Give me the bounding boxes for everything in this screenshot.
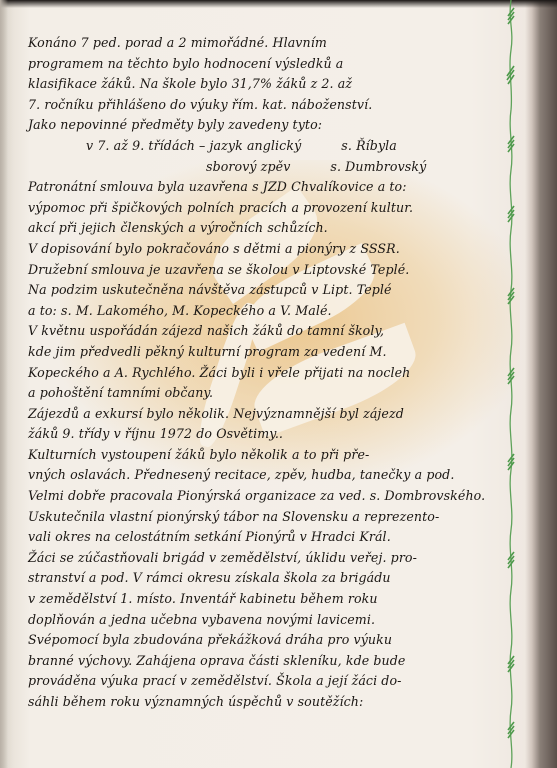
text-line: branné výchovy. Zahájena oprava části sk… <box>28 651 498 672</box>
text-line: v 7. až 9. třídách – jazyk anglickýs. Ří… <box>28 136 498 157</box>
teacher-choir: s. Dumbrovský <box>330 157 426 178</box>
text-line: Družební smlouva je uzavřena se školou v… <box>28 260 498 281</box>
text-line: vali okres na celostátním setkání Pionýr… <box>28 527 498 548</box>
text-line: Kopeckého a A. Rychlého. Žáci byli i vře… <box>28 363 498 384</box>
text-line: Konáno 7 ped. porad a 2 mimořádné. Hlavn… <box>28 33 498 54</box>
text-line: programem na těchto bylo hodnocení výsle… <box>28 54 498 75</box>
text-line: a to: s. M. Lakomého, M. Kopeckého a V. … <box>28 301 498 322</box>
text-line: doplňován a jedna učebna vybavena novými… <box>28 610 498 631</box>
text-line: vných oslavách. Přednesený recitace, zpě… <box>28 465 498 486</box>
text-line: Velmi dobře pracovala Pionýrská organiza… <box>28 486 498 507</box>
text-line: akcí při jejich členských a výročních sc… <box>28 218 498 239</box>
margin-decoration-icon <box>505 0 517 768</box>
text-line: sborový zpěvs. Dumbrovský <box>28 157 498 178</box>
subject-choir: sborový zpěv <box>206 159 290 174</box>
page-left-edge <box>0 0 8 768</box>
page-top-shadow <box>0 0 557 8</box>
text-line: Jako nepovinné předměty byly zavedeny ty… <box>28 115 498 136</box>
text-line: klasifikace žáků. Na škole bylo 31,7% žá… <box>28 74 498 95</box>
text-line: Žáci se zúčastňovali brigád v zemědělstv… <box>28 548 498 569</box>
text-line: a pohoštění tamními občany. <box>28 383 498 404</box>
text-line: výpomoc při špičkových polních pracích a… <box>28 198 498 219</box>
text-line: 7. ročníku přihlášeno do výuky řím. kat.… <box>28 95 498 116</box>
text-line: Kulturních vystoupení žáků bylo několik … <box>28 445 498 466</box>
text-line: Na podzim uskutečněna návštěva zástupců … <box>28 280 498 301</box>
text-line: stranství a pod. V rámci okresu získala … <box>28 568 498 589</box>
text-line: V dopisování bylo pokračováno s dětmi a … <box>28 239 498 260</box>
text-line: prováděna výuka prací v zemědělství. Ško… <box>28 671 498 692</box>
text-line: Patronátní smlouva byla uzavřena s JZD C… <box>28 177 498 198</box>
teacher-english: s. Říbyla <box>341 136 397 157</box>
text-line: Zájezdů a exkursí bylo několik. Nejvýzna… <box>28 404 498 425</box>
text-line: Uskutečnila vlastní pionýrský tábor na S… <box>28 507 498 528</box>
text-line: V květnu uspořádán zájezd našich žáků do… <box>28 321 498 342</box>
text-line: sáhli během roku významných úspěchů v so… <box>28 692 498 713</box>
text-line: kde jim předvedli pěkný kulturní program… <box>28 342 498 363</box>
handwritten-text: Konáno 7 ped. porad a 2 mimořádné. Hlavn… <box>28 33 498 713</box>
notebook-page: Konáno 7 ped. porad a 2 mimořádné. Hlavn… <box>0 0 557 768</box>
text-line: žáků 9. třídy v říjnu 1972 do Osvětimy.. <box>28 424 498 445</box>
text-line: v zemědělství 1. místo. Inventář kabinet… <box>28 589 498 610</box>
subject-english: v 7. až 9. třídách – jazyk anglický <box>86 138 301 153</box>
text-line: Svépomocí byla zbudována překážková dráh… <box>28 630 498 651</box>
